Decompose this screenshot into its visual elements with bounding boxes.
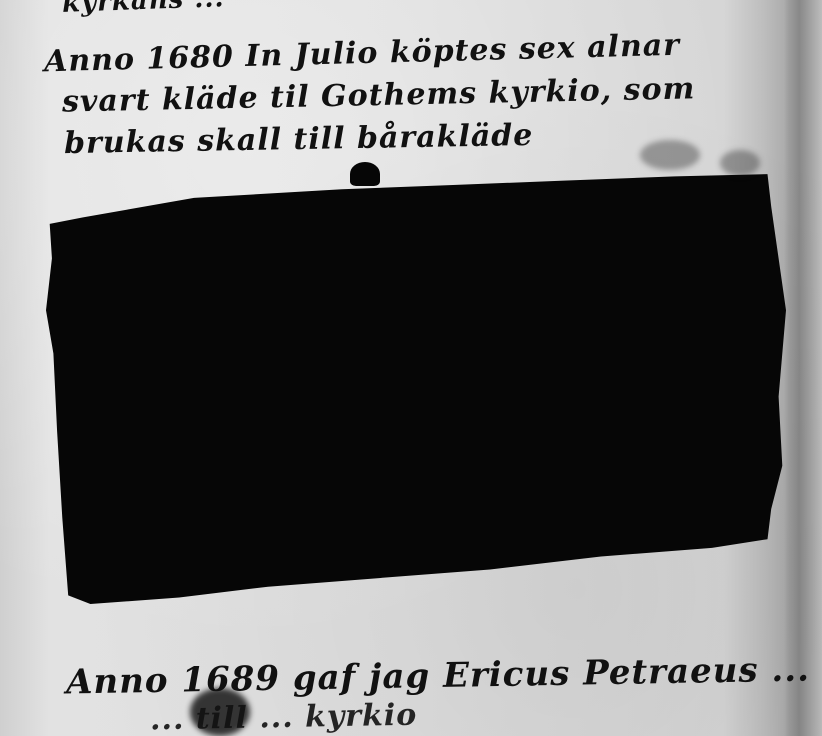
ink-blot-bump — [350, 162, 380, 186]
manuscript-line-4: Anno 1689 gaf jag Ericus Petraeus ... — [66, 650, 811, 703]
manuscript-page: kyrkans ... Anno 1680 In Julio köptes se… — [0, 0, 822, 736]
ink-smudge — [720, 150, 760, 176]
manuscript-line-1: Anno 1680 In Julio köptes sex alnar — [44, 28, 681, 80]
manuscript-line-top-fragment: kyrkans ... — [62, 0, 225, 19]
manuscript-line-2: svart kläde til Gothems kyrkio, som — [62, 71, 696, 119]
redaction-ink-blot — [46, 172, 786, 604]
manuscript-line-3: brukas skall till bårakläde — [64, 118, 534, 161]
ink-smudge — [640, 140, 700, 170]
manuscript-line-5: ... till ... kyrkio — [150, 698, 418, 736]
page-gutter-shadow — [784, 0, 822, 736]
